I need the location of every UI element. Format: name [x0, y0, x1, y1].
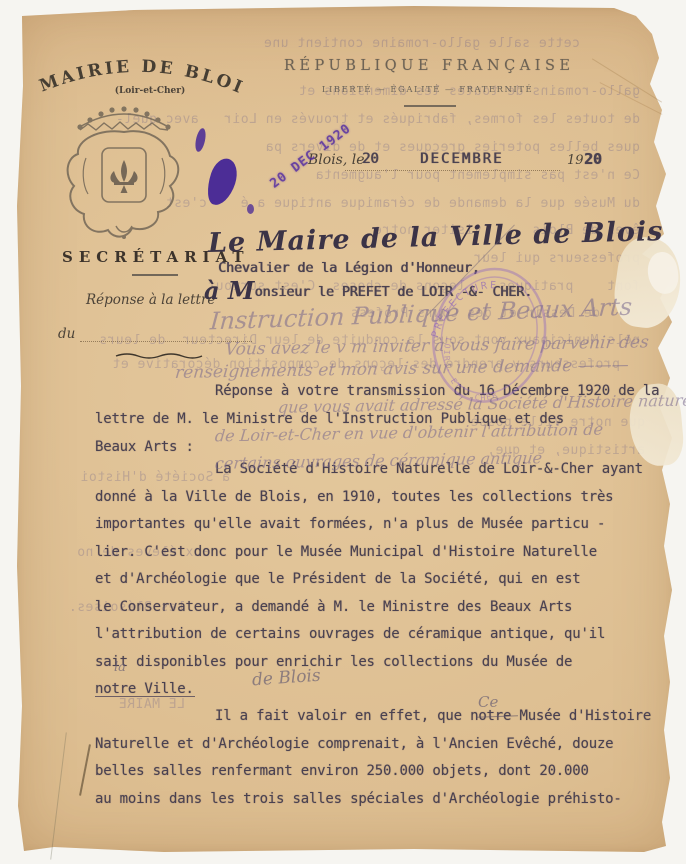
typed-line: le Conservateur, a demandé à M. le Minis…: [95, 599, 572, 615]
handwritten-la: la: [114, 660, 126, 675]
bleedthrough-line: a Société d'Histoi: [40, 470, 230, 485]
typed-line: et d'Archéologie que le Président de la …: [95, 571, 581, 587]
bleedthrough-line: LE MAIRE: [55, 697, 185, 712]
mairie-title: MAIRIE DE BLOIS: [38, 42, 248, 99]
dateline-year: 20: [584, 150, 602, 168]
mairie-arc-title: MAIRIE DE BLOIS: [38, 42, 252, 104]
typed-line: au moins dans les trois salles spéciales…: [95, 791, 622, 807]
dateline-day: 20: [362, 151, 378, 167]
recipient-script-prefix: à M: [204, 276, 254, 305]
secretariat-divider: [132, 274, 178, 276]
typed-line: donné à la Ville de Blois, en 1910, tout…: [95, 489, 613, 505]
typed-line: belles salles renfermant environ 250.000…: [95, 763, 589, 779]
republique-motto: LIBERTÉ — ÉGALITÉ — FRATERNITÉ: [300, 85, 555, 95]
blois-coat-of-arms: [56, 98, 192, 244]
typed-line: sait disponibles pour enrichir les colle…: [95, 654, 572, 670]
dateline-rule: [345, 170, 560, 171]
reponse-label: Réponse à la lettre: [86, 292, 215, 308]
typed-line: l'attribution de certains ouvrages de cé…: [95, 626, 605, 642]
motto-divider: [404, 105, 456, 107]
typed-line: importantes qu'elle avait formées, n'a p…: [95, 516, 605, 532]
typed-line: Il a fait valoir en effet, que notre Mus…: [215, 708, 651, 724]
underline-notre-ville: [95, 696, 195, 697]
du-label: du: [58, 326, 75, 342]
svg-text:MAIRIE DE BLOIS: MAIRIE DE BLOIS: [38, 42, 248, 99]
republique-title: RÉPUBLIQUE FRANÇAISE: [284, 58, 575, 74]
typed-line: lier. C'est donc pour le Musée Municipal…: [95, 544, 597, 560]
typed-line: notre Ville.: [95, 681, 194, 697]
dateline-month: DECEMBRE: [420, 151, 503, 167]
scanned-letter-page: cette salle gallo-romaine contient une g…: [0, 0, 686, 864]
dateline-century: 19: [567, 153, 584, 168]
ink-blot: [247, 204, 254, 214]
handwritten-ce: Ce: [478, 693, 498, 711]
typed-line: Naturelle et d'Archéologie comprenait, à…: [95, 736, 613, 752]
typed-line: Beaux Arts :: [95, 439, 194, 455]
flourish-divider: [114, 352, 204, 360]
